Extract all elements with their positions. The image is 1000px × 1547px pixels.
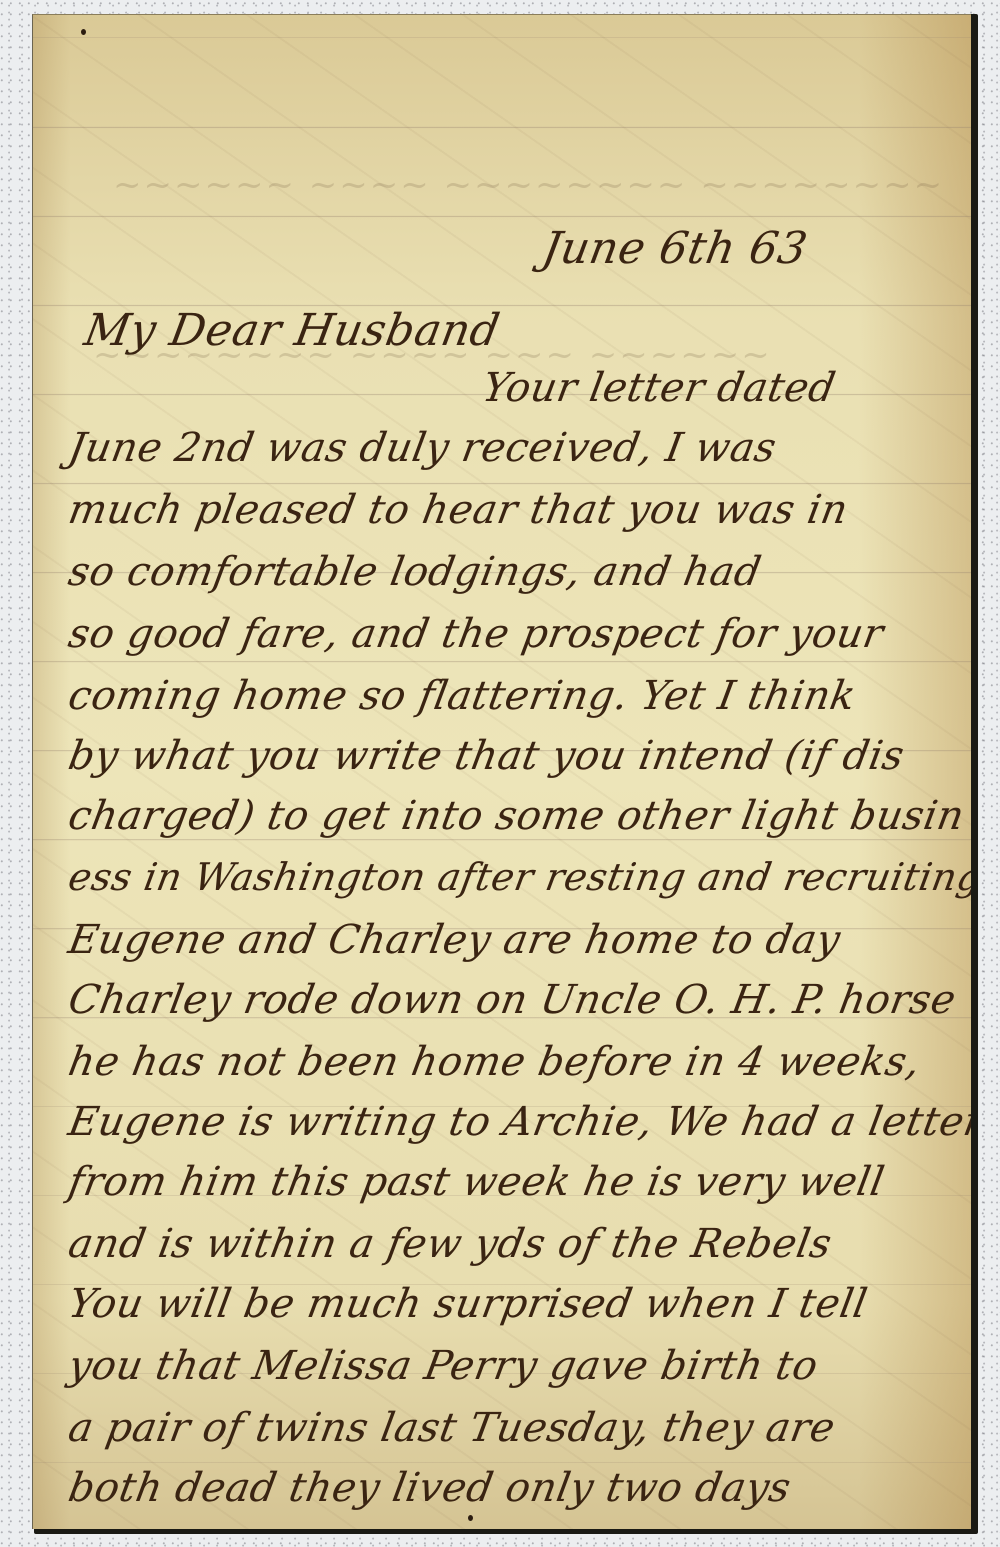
letter-line: Charley rode down on Uncle O. H. P. hors… [65,977,960,1023]
bleed-through-text: ~~~~~~ ~~~~ ~~~~~~~~ ~~~~~~~~ [113,165,944,205]
letter-line: by what you write that you intend (if di… [65,733,908,779]
ink-spot [468,1515,473,1521]
letter-line: so comfortable lodgings, and had [65,549,765,595]
letter-line: you that Melissa Perry gave birth to [65,1343,822,1389]
letter-line: he has not been home before in 4 weeks, [65,1039,924,1085]
letter-date: June 6th 63 [539,223,812,274]
letter-line: coming home so flattering. Yet I think [65,673,859,719]
letter-salutation: My Dear Husband [81,305,504,356]
letter-line: so good fare, and the prospect for your [65,611,887,657]
letter-line: much pleased to hear that you was in [65,487,852,533]
letter-line: charged) to get into some other light bu… [65,793,968,839]
letter-line: Eugene and Charley are home to day [65,917,844,963]
letter-line: June 2nd was duly received, I was [65,425,780,471]
letter-line: both dead they lived only two days [65,1465,794,1511]
letter-line: Eugene is writing to Archie, We had a le… [65,1099,971,1145]
letter-line: from him this past week he is very well [65,1159,888,1205]
ink-spot [81,29,86,35]
letter-line: ess in Washington after resting and recr… [65,855,971,899]
letter-line: You will be much surprised when I tell [65,1281,871,1327]
letter-page: ~~~~~~ ~~~~ ~~~~~~~~ ~~~~~~~~ ~~~~~~~~ ~… [32,14,971,1529]
letter-line: Your letter dated [479,365,839,411]
letter-line: a pair of twins last Tuesday, they are [65,1405,839,1451]
letter-line: and is within a few yds of the Rebels [65,1221,835,1267]
